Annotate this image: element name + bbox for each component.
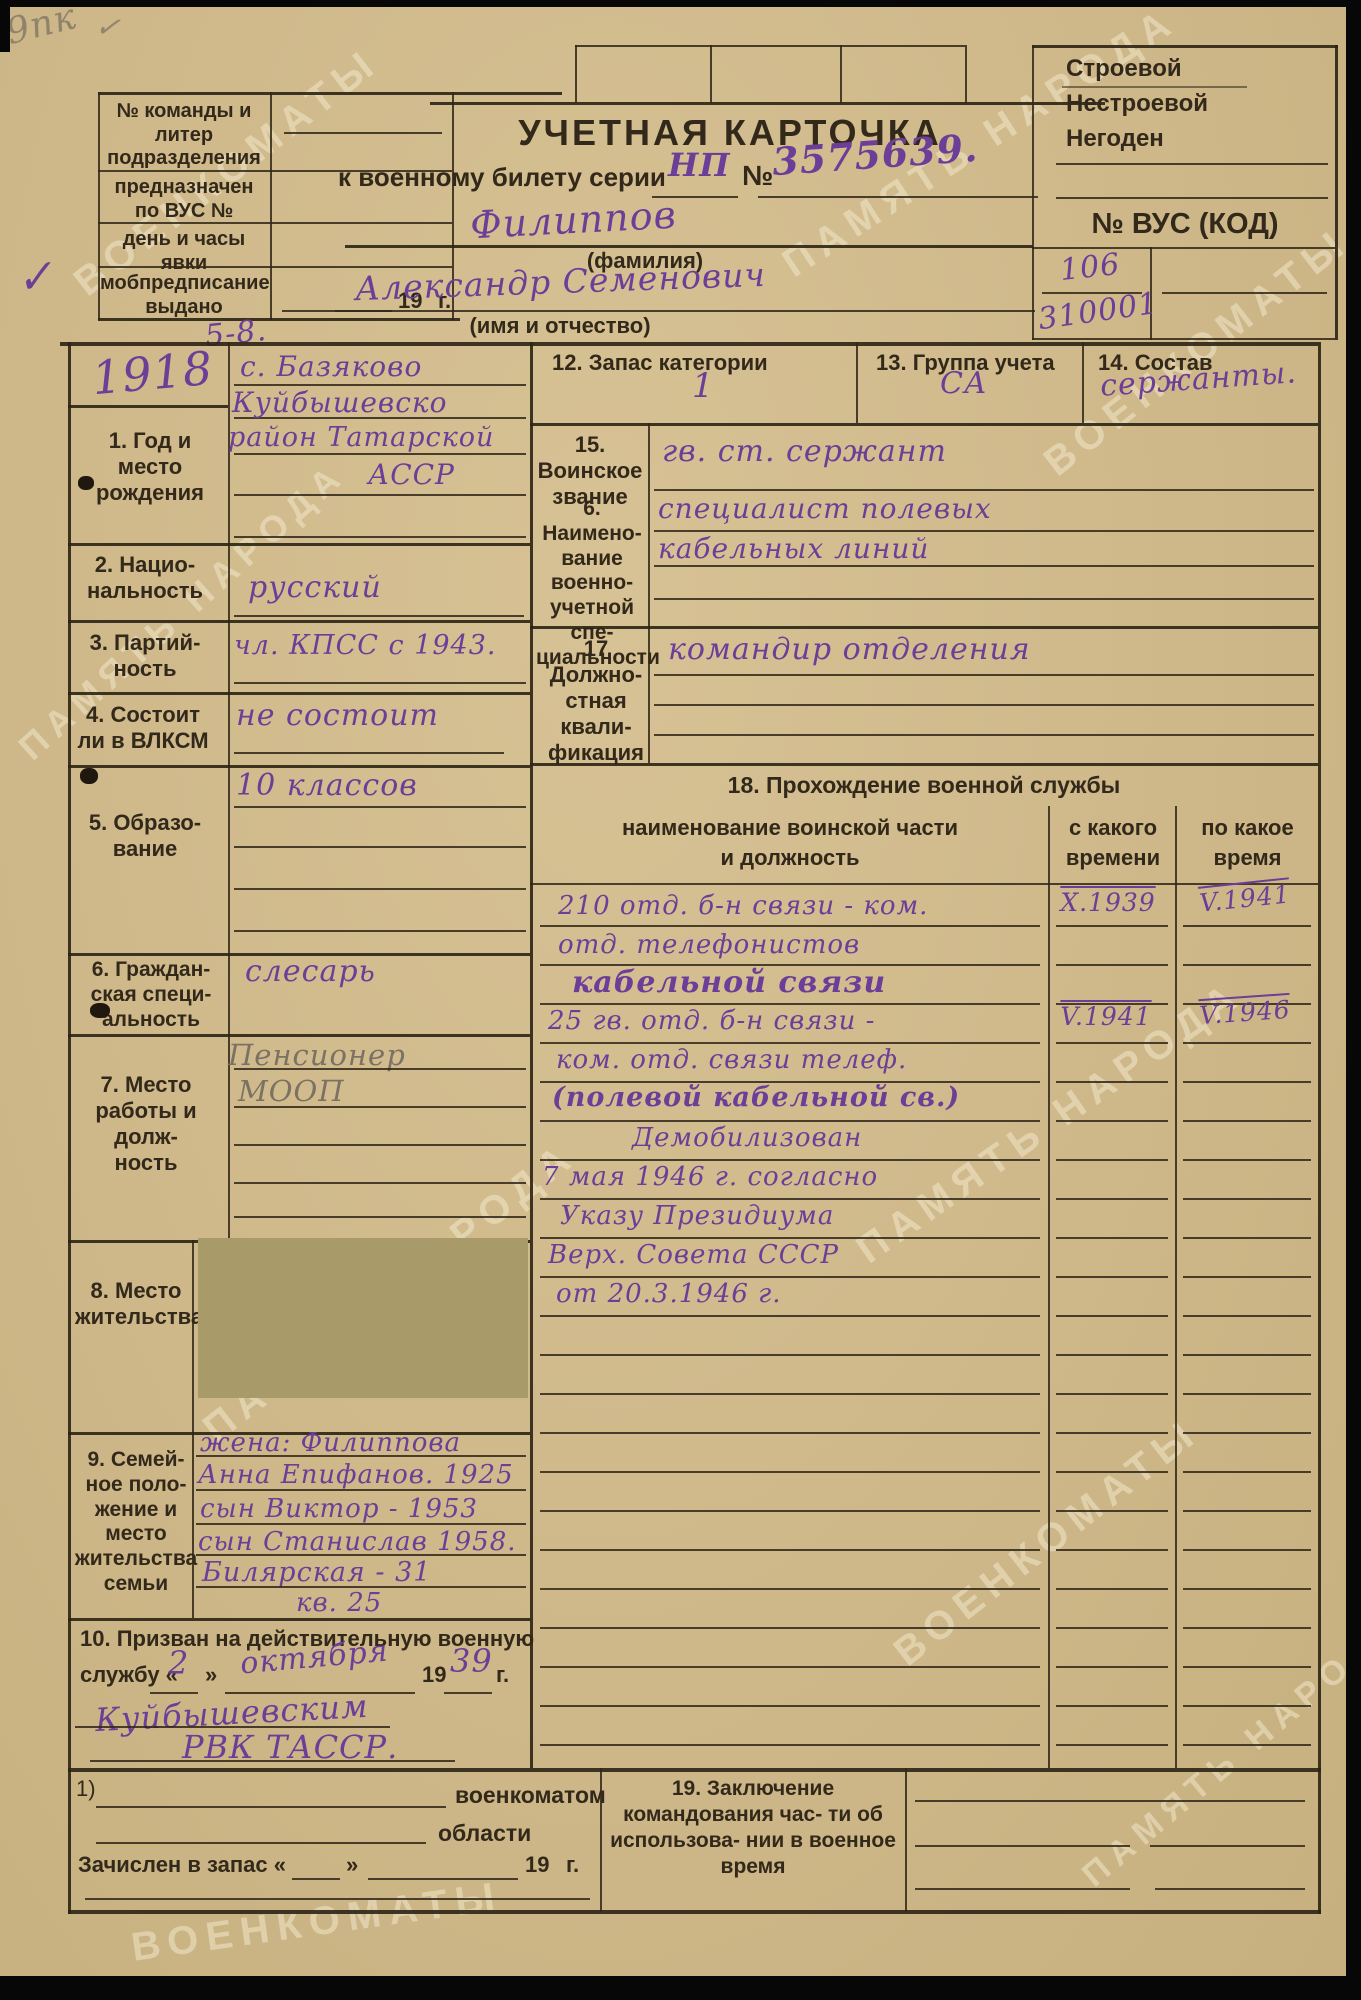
family-line: Билярская - 31 — [202, 1557, 431, 1588]
divider-line — [1318, 342, 1321, 1914]
rule-line — [444, 1692, 492, 1694]
service-from-date: X.1939 — [1052, 888, 1164, 917]
rule-line — [68, 1768, 1321, 1772]
series-value: НП — [668, 146, 730, 184]
birth-place-line: АССР — [368, 458, 455, 491]
rule-line — [575, 45, 965, 47]
field-label-17: 17 Должно- стная квали- фикация — [540, 636, 652, 766]
divider-line — [965, 45, 967, 103]
rule-line — [915, 1888, 1130, 1890]
rule-line — [1032, 247, 1335, 249]
field-label-mob-order: мобпредписание выдано — [100, 272, 268, 319]
rule-line — [654, 674, 1314, 676]
vus-code-value-1: 106 — [1058, 247, 1122, 288]
rule-line — [654, 734, 1314, 736]
nationality-value: русский — [248, 570, 382, 605]
field-label-team-number: № команды и литер подразделения — [100, 100, 268, 171]
position-qualification-value: командир отделения — [668, 632, 1031, 667]
rule-line — [234, 1144, 526, 1146]
divider-line — [1175, 806, 1177, 1768]
section-18-title: 18. Прохождение военной службы — [530, 772, 1318, 799]
footnote-mark: 1) — [76, 1776, 96, 1802]
rule-line — [68, 620, 530, 623]
field-label-4: 4. Состоит ли в ВЛКСМ — [72, 702, 214, 754]
rule-line — [292, 1878, 340, 1880]
field-label-5: 5. Образо- вание — [80, 810, 210, 862]
paper-blot — [80, 768, 98, 784]
rule-line — [654, 598, 1314, 600]
birth-place-line: Куйбышевско — [232, 386, 448, 419]
vlksm-value: не состоит — [236, 698, 439, 733]
service-row: от 20.3.1946 г. — [556, 1279, 782, 1309]
rule-line — [68, 543, 530, 546]
reserve-category-value: 1 — [692, 366, 715, 406]
party-value: чл. КПСС с 1943. — [234, 630, 497, 661]
divider-line — [905, 1768, 907, 1912]
rule-line — [196, 1489, 526, 1491]
scan-edge — [0, 0, 1361, 7]
service-row: отд. телефонистов — [558, 930, 860, 960]
divider-line — [710, 45, 712, 103]
rule-line — [915, 1845, 1130, 1847]
field-label-1: 1. Год и место рождения — [80, 428, 220, 506]
voenkomat-label: военкоматом — [455, 1782, 606, 1809]
field-label-7: 7. Место работы и долж- ность — [85, 1072, 207, 1176]
field-10-quote: » — [205, 1662, 217, 1688]
column-header-unit: наименование воинской части — [560, 815, 1020, 841]
series-label: к военному билету серии — [338, 162, 666, 193]
column-header-from: времени — [1052, 845, 1174, 871]
rule-line — [234, 752, 504, 754]
enlisted-reserve-year: 19 — [525, 1852, 549, 1878]
service-row: ком. отд. связи телеф. — [556, 1045, 907, 1075]
margin-check-icon: ✓ — [13, 250, 58, 306]
field-label-2: 2. Нацио- нальность — [80, 552, 210, 604]
vus-code-title: № ВУС (КОД) — [1040, 207, 1330, 241]
rule-line — [68, 1034, 530, 1037]
call-year-value: 39 — [450, 1642, 493, 1680]
rule-line — [234, 846, 526, 848]
rule-line — [530, 883, 1318, 885]
service-from-date: V.1941 — [1050, 1002, 1162, 1031]
field-label-8: 8. Место жительства — [75, 1278, 197, 1330]
rule-line — [68, 1618, 530, 1621]
column-header-from: с какого — [1052, 815, 1174, 841]
mob-order-value: 5-8. — [203, 313, 268, 354]
oblast-label: области — [438, 1820, 531, 1847]
name-caption: (имя и отчество) — [420, 313, 700, 339]
field-label-19: 19. Заключение командования час- ти об и… — [608, 1776, 898, 1880]
field-label-vus-assignment: предназначен по ВУС № — [100, 176, 268, 223]
rule-line — [85, 1898, 590, 1900]
fitness-option-negoden: Негоден — [1066, 125, 1164, 153]
rule-line — [234, 806, 526, 808]
enlisted-reserve-label: Зачислен в запас « — [78, 1852, 286, 1878]
birth-year-value: 1918 — [90, 341, 215, 405]
divider-line — [1032, 45, 1034, 340]
rule-line — [234, 1216, 526, 1218]
paper-blot — [90, 1003, 110, 1018]
number-sign: № — [742, 160, 773, 192]
rule-line — [68, 405, 228, 408]
redaction-block — [198, 1238, 528, 1398]
service-row: 210 отд. б-н связи - ком. — [558, 891, 928, 921]
workplace-value: МООП — [238, 1074, 345, 1108]
rule-line — [335, 310, 1035, 312]
rule-line — [98, 92, 562, 95]
rule-line — [234, 1106, 526, 1108]
service-row: (полевой кабельной св.) — [552, 1082, 960, 1113]
rule-line — [234, 453, 526, 455]
divider-line — [575, 45, 577, 103]
rule-line — [284, 132, 442, 134]
rule-line — [234, 1182, 526, 1184]
rule-line — [1162, 292, 1327, 294]
scan-edge — [0, 1976, 1361, 2000]
birth-place-line: район Татарской — [228, 422, 494, 453]
rule-line — [60, 342, 1318, 346]
column-header-to: время — [1180, 845, 1315, 871]
rule-line — [654, 565, 1314, 567]
rule-line — [96, 1806, 446, 1808]
field-label-12: 12. Запас категории — [552, 350, 768, 376]
service-row: Указу Президиума — [560, 1201, 834, 1231]
workplace-value: Пенсионер — [228, 1038, 406, 1072]
field-10-year-prefix: 19 — [422, 1662, 446, 1688]
fitness-option-nestroevoy: Нестроевой — [1066, 90, 1208, 118]
rule-line — [1056, 197, 1328, 199]
birth-place-line: с. Базяково — [240, 350, 422, 383]
divider-line — [856, 342, 858, 423]
rule-line — [1056, 163, 1328, 165]
military-specialty-line: специалист полевых — [658, 492, 992, 525]
family-line: Анна Епифанов. 1925 — [198, 1460, 514, 1490]
rule-line — [234, 682, 526, 684]
rule-line — [654, 489, 1314, 491]
enlisted-reserve-g: г. — [566, 1852, 579, 1878]
divider-line — [840, 45, 842, 103]
scan-edge — [1346, 0, 1361, 2000]
rule-line — [196, 1455, 526, 1457]
rule-line — [234, 494, 526, 496]
service-row: Верх. Совета СССР — [548, 1240, 839, 1270]
family-line: сын Станислав 1958. — [198, 1527, 517, 1557]
military-rank-value: гв. ст. сержант — [662, 434, 947, 469]
field-label-3: 3. Партий- ность — [80, 630, 210, 682]
service-row: 7 мая 1946 г. согласно — [542, 1162, 878, 1192]
column-header-to: по какое — [1180, 815, 1315, 841]
divider-line — [1048, 806, 1050, 1768]
rule-line — [196, 1523, 526, 1525]
rule-line — [368, 1878, 518, 1880]
field-label-day-hour: день и часы явки — [100, 228, 268, 275]
enlisted-reserve-quote: » — [346, 1852, 358, 1878]
rule-line — [1032, 338, 1335, 340]
rule-line — [150, 1692, 198, 1694]
divider-line — [228, 342, 230, 1240]
account-group-value: СА — [940, 366, 988, 401]
rule-line — [758, 196, 1038, 198]
rule-line — [915, 1800, 1305, 1802]
family-line: кв. 25 — [296, 1588, 382, 1618]
call-day-value: 2 — [168, 1644, 189, 1682]
rule-line — [68, 1910, 1321, 1914]
family-line: жена: Филиппова — [200, 1428, 461, 1458]
field-label-6: 6. Граждан- ская специ- альность — [76, 958, 226, 1032]
rule-line — [234, 930, 526, 932]
rule-line — [654, 704, 1314, 706]
column-header-unit: и должность — [560, 845, 1020, 871]
service-row: 25 гв. отд. б-н связи - — [548, 1006, 875, 1036]
military-specialty-line: кабельных линий — [658, 532, 929, 565]
rule-line — [234, 888, 526, 890]
divider-line — [530, 342, 533, 1768]
rule-line — [1150, 1845, 1305, 1847]
divider-line — [270, 92, 272, 320]
scan-edge — [0, 0, 10, 52]
fitness-option-stroevoy: Строевой — [1066, 55, 1182, 83]
service-row: кабельной связи — [572, 965, 886, 1000]
pencil-check-icon: ✓ — [93, 8, 124, 46]
field-label-9: 9. Семей- ное поло- жение и место житель… — [72, 1448, 200, 1597]
divider-line — [68, 342, 71, 1914]
rule-line — [1155, 1888, 1305, 1890]
rule-line — [1062, 86, 1247, 88]
rule-line — [96, 1842, 426, 1844]
rule-line — [530, 763, 1318, 766]
education-value: 10 классов — [236, 768, 418, 803]
rule-line — [90, 1760, 455, 1762]
divider-line — [1082, 342, 1084, 423]
field-10-called: службу « — [80, 1662, 178, 1688]
rule-line — [234, 615, 524, 617]
rule-line — [234, 536, 526, 538]
divider-line — [1335, 45, 1338, 340]
rule-line — [430, 102, 1105, 105]
scanned-military-registration-card: ВОЕНКОМАТЫ ПАМЯТЬ НАРОДА ПАМЯТЬ НАРОДА В… — [0, 0, 1361, 2000]
rule-line — [68, 692, 530, 695]
rule-line — [234, 1068, 526, 1070]
family-line: сын Виктор - 1953 — [200, 1494, 478, 1524]
service-row: Демобилизован — [632, 1123, 862, 1153]
civil-specialty-value: слесарь — [245, 954, 376, 989]
field-10-g: г. — [496, 1662, 509, 1688]
rule-line — [530, 626, 1318, 629]
rule-line — [196, 1554, 526, 1556]
rule-line — [1032, 45, 1338, 48]
paper-blot — [78, 476, 94, 490]
